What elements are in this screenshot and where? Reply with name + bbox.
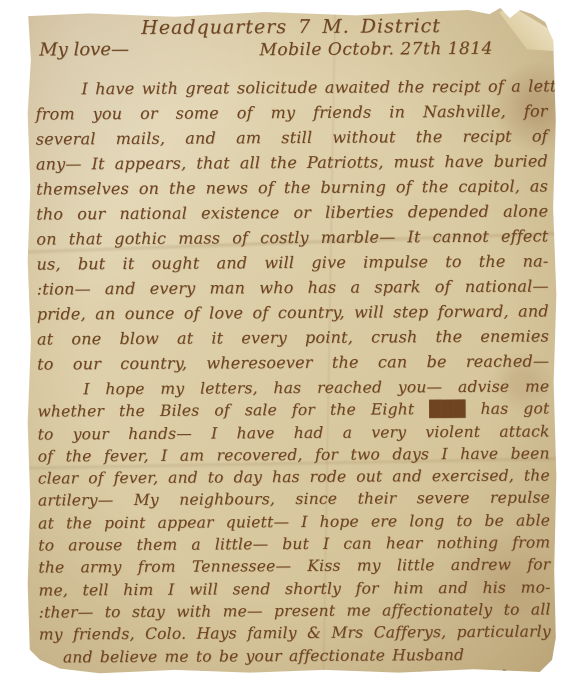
letter-heading: Headquarters 7 M. District [35,10,547,41]
letter-line: pride, an ounce of love of country, will… [37,298,549,326]
letter-paragraph-2: I hope my letters, has reached you— advi… [37,375,551,668]
letter-line: several mails, and am still without the … [36,123,548,151]
letter-closing: Mrs Rachel Jackson — Andrew, Jackson [39,668,551,692]
letter-line: artilery— My neighbours, since their sev… [38,487,550,512]
letter-line: whether the Biles of sale for the Eight … [37,398,549,423]
letter-line: :tion— and every man who has a spark of … [37,273,549,301]
closing-addressee: Mrs Rachel Jackson — [39,674,227,692]
letter-line: clear of fever, and to day has rode out … [38,465,550,490]
letter-line: at the point appear quiett— I hope ere l… [38,509,550,534]
letter-line: I have with great solicitude awaited the… [35,73,547,101]
letter-line: my friends, Colo. Hays family & Mrs Caff… [39,621,551,646]
letter-line: to your hands— I have had a very violent… [37,420,549,445]
letter-content: Headquarters 7 M. District My love— Mobi… [35,10,551,673]
letter-line: at one blow at it every point, crush the… [37,323,549,351]
letter-line: any— It appears, that all the Patriotts,… [36,148,548,176]
letter-paragraph-1: I have with great solicitude awaited the… [35,73,549,376]
letter-line: to our country, wheresoever the can be r… [37,348,549,376]
letter-line: from you or some of my friends in Nashvi… [36,98,548,126]
letter-line: us, but it ought and will give impulse t… [36,248,548,276]
letter-line: :ther— to stay with me— present me affec… [39,598,551,623]
letter-line: me, tell him I will send shortly for him… [38,576,550,601]
letter-line: of the fever, I am recovered, for two da… [38,442,550,467]
letter-line: the army from Tennessee— Kiss my little … [38,554,550,579]
letter-salutation: My love— [39,39,129,61]
letter-paper: Headquarters 7 M. District My love— Mobi… [25,6,559,678]
signature-andrew-jackson: Andrew, Jackson [385,667,547,692]
scanned-letter-page: Headquarters 7 M. District My love— Mobi… [0,0,580,692]
letter-line: on that gothic mass of costly marble— It… [36,223,548,251]
letter-line: I hope my letters, has reached you— advi… [37,375,549,400]
letter-line: to arouse them a little— but I can hear … [38,532,550,557]
letter-line: and believe me to be your affectionate H… [39,643,551,668]
letter-line: themselves on the news of the burning of… [36,173,548,201]
letter-line: tho our national existence or liberties … [36,198,548,226]
